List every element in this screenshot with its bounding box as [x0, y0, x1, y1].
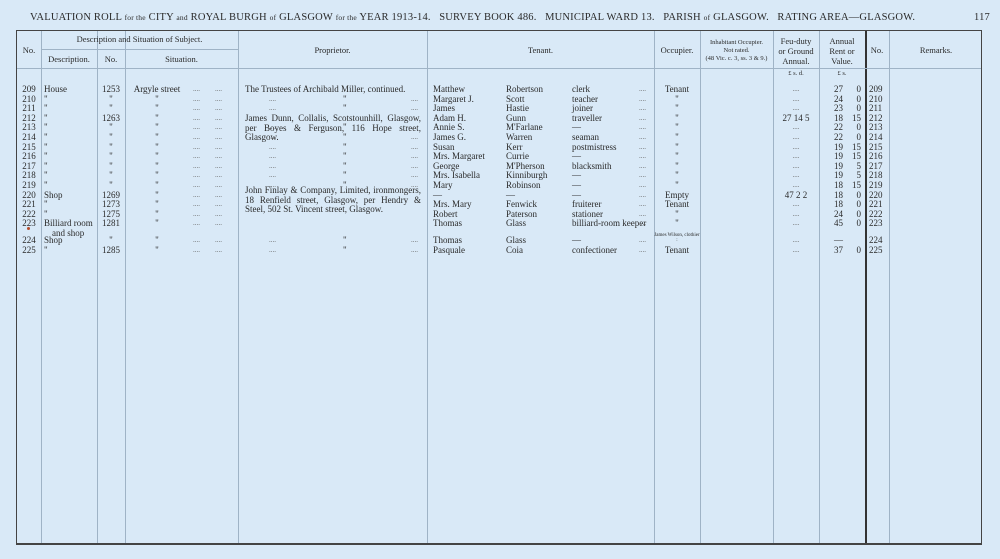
header-description-group: Description and Situation of Subject. — [41, 34, 238, 44]
cell-desc: " — [44, 143, 98, 153]
leader-dots: .... — [215, 246, 222, 256]
leader-dots: .... — [411, 162, 418, 172]
page-title: VALUATION ROLL for the CITY and ROYAL BU… — [30, 12, 990, 23]
leader-dots: .... — [215, 152, 222, 162]
header-no-right: No. — [865, 45, 889, 55]
cell-desc: " — [44, 123, 98, 133]
header-feu-line: Annual. — [773, 56, 819, 66]
leader-dots: .... — [411, 104, 418, 114]
leader-dots: .... — [215, 104, 222, 114]
cell-no-r: 223 — [869, 219, 889, 229]
leader-dots: .... — [639, 114, 646, 124]
cell-tenant-last: Glass — [506, 219, 571, 229]
leader-dots: .... — [193, 171, 200, 181]
leader-dots: .... — [411, 236, 418, 246]
leader-dots: .... — [411, 133, 418, 143]
col-divider — [41, 31, 42, 543]
leader-dots: .... — [193, 210, 200, 220]
leader-dots: .... — [639, 181, 646, 191]
leader-dots: .... — [269, 133, 276, 143]
leader-dots: .... — [193, 246, 200, 256]
col-divider — [889, 31, 890, 543]
header-feu-line: Feu-duty — [773, 36, 819, 46]
leader-dots: .... — [193, 114, 200, 124]
cell-feu: .... — [773, 246, 819, 256]
header-feu-line: or Ground — [773, 46, 819, 56]
leader-dots: .... — [215, 143, 222, 153]
cell-desc: " — [44, 152, 98, 162]
cell-feu: .... — [773, 200, 819, 210]
cell-occupier: James Wilson, clothier : — [654, 233, 700, 243]
cell-feu: .... — [773, 210, 819, 220]
leader-dots: .... — [193, 143, 200, 153]
cell-occupier: " — [654, 219, 700, 229]
cell-desc: " — [44, 95, 98, 105]
leader-dots: .... — [639, 104, 646, 114]
cell-feu: .... — [773, 95, 819, 105]
cell-num: 1285 — [97, 246, 125, 256]
cell-desc: " — [44, 133, 98, 143]
col-divider — [427, 31, 428, 543]
header-number: No. — [97, 54, 125, 64]
leader-dots: .... — [639, 133, 646, 143]
header-situation: Situation. — [125, 54, 238, 64]
cell-feu: .... — [773, 162, 819, 172]
leader-dots: .... — [411, 152, 418, 162]
cell-no: 223 — [19, 219, 39, 229]
cell-rent-l: 45 — [823, 219, 843, 229]
leader-dots: .... — [215, 236, 222, 246]
leader-dots: .... — [639, 236, 646, 246]
cell-tenant-first: Pasquale — [433, 246, 503, 256]
leader-dots: .... — [215, 114, 222, 124]
header-rent-line: Value. — [819, 56, 865, 66]
header-rent-line: Annual — [819, 36, 865, 46]
leader-dots: .... — [215, 162, 222, 172]
leader-dots: .... — [639, 152, 646, 162]
leader-dots: .... — [639, 191, 646, 201]
cell-tenant-last: Robinson — [506, 181, 571, 191]
cell-feu: 47 2 2 — [773, 191, 819, 201]
cell-feu: .... — [773, 152, 819, 162]
header-occupier: Occupier. — [654, 45, 700, 55]
cell-feu: .... — [773, 123, 819, 133]
cell-desc: House — [44, 85, 98, 95]
cell-tenant-last: Coia — [506, 246, 571, 256]
leader-dots: .... — [269, 236, 276, 246]
leader-dots: .... — [411, 181, 418, 191]
leader-dots: .... — [639, 162, 646, 172]
cell-feu: .... — [773, 236, 819, 246]
leader-dots: .... — [639, 143, 646, 153]
leader-dots: .... — [269, 152, 276, 162]
leader-dots: .... — [269, 95, 276, 105]
header-no: No. — [17, 45, 41, 55]
cell-desc: Shop — [44, 236, 98, 246]
header-divider — [17, 68, 981, 69]
leader-dots: .... — [411, 171, 418, 181]
col-divider — [238, 31, 239, 543]
leader-dots: .... — [639, 246, 646, 256]
page-number: 117 — [974, 12, 990, 23]
col-divider — [865, 31, 867, 543]
leader-dots: .... — [193, 181, 200, 191]
cell-desc: " — [44, 171, 98, 181]
header-annual-rent: Annual Rent or Value. — [819, 36, 865, 66]
header-divider — [41, 49, 238, 50]
leader-dots: .... — [193, 236, 200, 246]
leader-dots: .... — [193, 152, 200, 162]
cell-occupier: Tenant — [654, 246, 700, 256]
leader-dots: .... — [215, 210, 222, 220]
header-inhabitant-line: (48 Vic. c. 3, ss. 3 & 9.) — [700, 55, 773, 63]
leader-dots: .... — [639, 85, 646, 95]
cell-situation: " — [125, 246, 189, 256]
header-feu-duty: Feu-duty or Ground Annual. — [773, 36, 819, 66]
cell-tenant-first: Mary — [433, 181, 503, 191]
cell-situation: " — [125, 219, 189, 229]
proprietor-entry: The Trustees of Archibald Miller, contin… — [245, 85, 421, 95]
header-rent-line: Rent or — [819, 46, 865, 56]
leader-dots: .... — [269, 162, 276, 172]
cell-desc: " — [44, 104, 98, 114]
cell-feu: .... — [773, 85, 819, 95]
leader-dots: .... — [193, 200, 200, 210]
cell-no: 225 — [19, 246, 39, 256]
ditto-mark: " — [343, 246, 347, 256]
leader-dots: .... — [639, 200, 646, 210]
cell-feu: 27 14 5 — [773, 114, 819, 124]
cell-rent-s: 0 — [845, 219, 861, 229]
cell-desc: " — [44, 114, 98, 124]
header-inhabitant-line: Not rated. — [700, 47, 773, 55]
leader-dots: .... — [193, 104, 200, 114]
leader-dots: .... — [639, 171, 646, 181]
cell-feu: .... — [773, 171, 819, 181]
rent-units: £ s. — [819, 70, 865, 78]
ditto-mark: " — [343, 181, 347, 191]
leader-dots: .... — [411, 123, 418, 133]
ditto-mark: " — [343, 104, 347, 114]
leader-dots: .... — [269, 246, 276, 256]
cell-rent-l: 37 — [823, 246, 843, 256]
leader-dots: .... — [215, 219, 222, 229]
header-proprietor: Proprietor. — [238, 45, 427, 55]
leader-dots: .... — [639, 95, 646, 105]
leader-dots: .... — [639, 219, 646, 229]
leader-dots: .... — [215, 200, 222, 210]
leader-dots: .... — [411, 95, 418, 105]
cell-desc: " — [44, 200, 98, 210]
leader-dots: .... — [193, 123, 200, 133]
feu-units: £ s. d. — [773, 70, 819, 78]
header-inhabitant-line: Inhabitant Occupier. — [700, 39, 773, 47]
header-description: Description. — [41, 54, 97, 64]
leader-dots: .... — [215, 191, 222, 201]
leader-dots: .... — [269, 181, 276, 191]
cell-rent-s: 0 — [845, 246, 861, 256]
leader-dots: .... — [639, 123, 646, 133]
cell-no-r: 225 — [869, 246, 889, 256]
leader-dots: .... — [269, 171, 276, 181]
valuation-table: No. Description and Situation of Subject… — [16, 30, 982, 545]
cell-desc: " — [44, 162, 98, 172]
cell-feu: .... — [773, 143, 819, 153]
cell-feu: .... — [773, 133, 819, 143]
leader-dots: .... — [215, 181, 222, 191]
leader-dots: .... — [215, 171, 222, 181]
leader-dots: .... — [193, 133, 200, 143]
header-inhabitant: Inhabitant Occupier. Not rated. (48 Vic.… — [700, 39, 773, 63]
leader-dots: .... — [269, 143, 276, 153]
leader-dots: .... — [215, 95, 222, 105]
leader-dots: .... — [411, 143, 418, 153]
leader-dots: .... — [215, 133, 222, 143]
leader-dots: .... — [215, 123, 222, 133]
leader-dots: .... — [269, 123, 276, 133]
leader-dots: .... — [193, 85, 200, 95]
cell-desc: Shop — [44, 191, 98, 201]
col-divider — [700, 31, 701, 543]
leader-dots: .... — [193, 191, 200, 201]
cell-desc: " — [44, 246, 98, 256]
leader-dots: .... — [269, 104, 276, 114]
header-remarks: Remarks. — [889, 45, 983, 55]
leader-dots: .... — [411, 246, 418, 256]
leader-dots: .... — [215, 85, 222, 95]
col-divider — [819, 31, 820, 543]
leader-dots: .... — [193, 95, 200, 105]
header-tenant: Tenant. — [427, 45, 654, 55]
leader-dots: .... — [193, 162, 200, 172]
cell-feu: .... — [773, 219, 819, 229]
leader-dots: .... — [193, 219, 200, 229]
cell-num: 1281 — [97, 219, 125, 229]
cell-tenant-first: Thomas — [433, 219, 503, 229]
